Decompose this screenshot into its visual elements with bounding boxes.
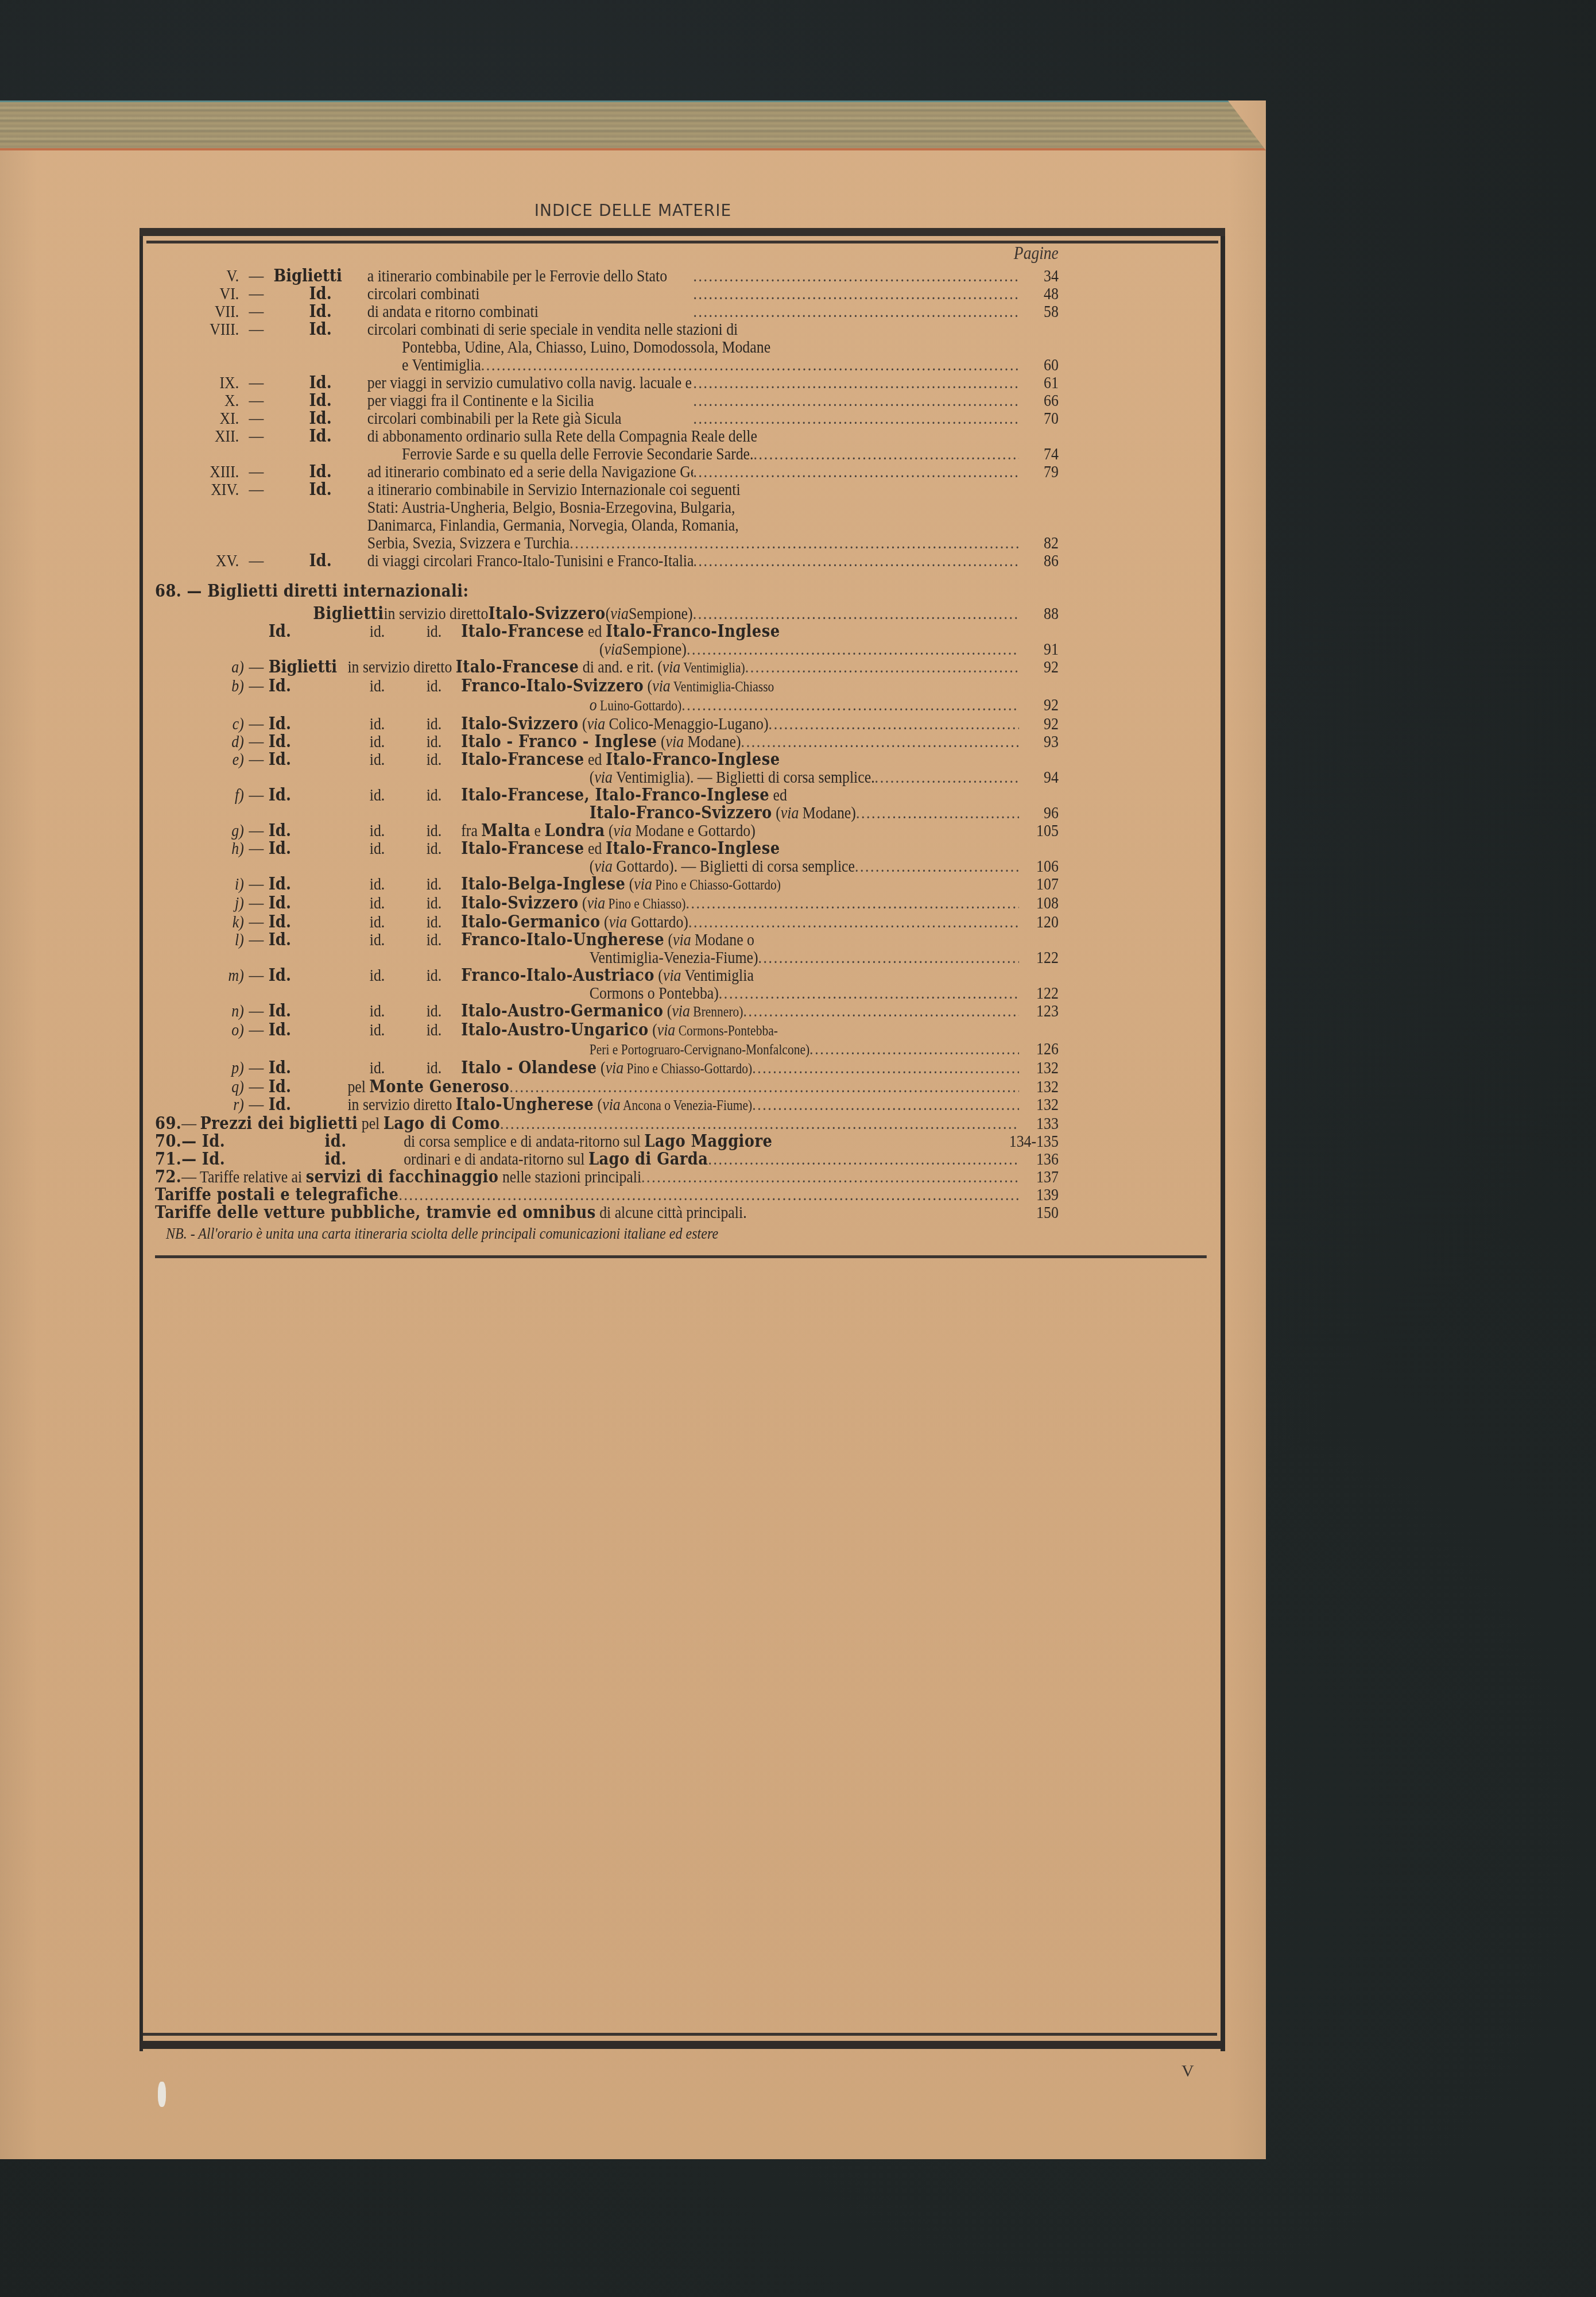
section-number: 69. bbox=[155, 1115, 181, 1132]
text-run: ( bbox=[664, 930, 673, 949]
dash: — bbox=[244, 1059, 269, 1077]
description-text: circolari combinati di serie speciale in… bbox=[367, 320, 738, 338]
entry-description: in servizio diretto Italo-Ungherese (via… bbox=[347, 1096, 752, 1115]
description-text: per viaggi in servizio cumulativo colla … bbox=[367, 374, 694, 392]
entry-description: Tariffe postali e telegrafiche bbox=[155, 1186, 398, 1204]
page-ref: 79 bbox=[1019, 463, 1059, 481]
dash: — bbox=[244, 894, 269, 912]
text-run: Pino e Chiasso) bbox=[605, 896, 685, 912]
toc-entry: Id.id.id.Italo-Francese ed Italo-Franco-… bbox=[155, 622, 1059, 640]
description-text: circolari combinati bbox=[367, 285, 480, 303]
toc-entry: X.—Id.per viaggi fra il Continente e la … bbox=[155, 392, 1059, 409]
entry-key: Id. bbox=[269, 733, 348, 751]
dash: — bbox=[244, 786, 269, 804]
text-run: Italo - Franco - Inglese bbox=[461, 732, 657, 752]
ditto: id. bbox=[407, 622, 462, 640]
ditto: id. bbox=[347, 1021, 406, 1039]
entry-key: Id. bbox=[273, 427, 367, 445]
dash: — bbox=[244, 875, 269, 893]
dash: — bbox=[244, 1021, 269, 1039]
text-run: Brennero) bbox=[690, 1004, 743, 1020]
description-text: circolari combinabili per la Rete già Si… bbox=[367, 409, 622, 427]
toc-entry: j)—Id.id.id.Italo-Svizzero (via Pino e C… bbox=[155, 894, 1059, 913]
text-run: Ventimiglia bbox=[681, 966, 753, 985]
entry-key: Id. bbox=[269, 1096, 348, 1113]
dash: — bbox=[239, 409, 273, 427]
entry-key: Id. bbox=[269, 786, 348, 804]
roman-numeral: XIV. bbox=[155, 481, 239, 498]
text-run: Italo-Francese bbox=[461, 838, 584, 859]
entry-description: di abbonamento ordinario sulla Rete dell… bbox=[367, 427, 1019, 445]
paper-blemish bbox=[158, 2082, 166, 2107]
entry-description: per viaggi fra il Continente e la Sicili… bbox=[367, 392, 694, 409]
page-ref: 94 bbox=[1019, 768, 1059, 786]
running-head: INDICE DELLE MATERIE bbox=[0, 201, 1266, 220]
toc-entry: i)—Id.id.id.Italo-Belga-Inglese (via Pin… bbox=[155, 875, 1059, 894]
leader-dots: ........................................… bbox=[758, 949, 1019, 966]
text-run: Italo-Franco-Inglese bbox=[606, 749, 780, 769]
item-label: n) bbox=[155, 1002, 244, 1020]
continuation-text: e Ventimiglia bbox=[402, 356, 481, 374]
page-ref: 82 bbox=[1019, 534, 1059, 552]
dash: — bbox=[239, 481, 273, 498]
text-run: Franco-Italo-Austriaco bbox=[461, 965, 654, 985]
leader-dots: ........................................… bbox=[855, 857, 1019, 875]
toc-entry-continuation: e Ventimiglia...........................… bbox=[155, 356, 1059, 374]
entry-key: Id. bbox=[273, 303, 367, 320]
text-run: ( bbox=[772, 803, 781, 822]
roman-numeral: VI. bbox=[155, 285, 239, 303]
toc-entry-continuation: Ferrovie Sarde e su quella delle Ferrovi… bbox=[155, 445, 1059, 463]
continuation-text: Pontebba, Udine, Ala, Chiasso, Luino, Do… bbox=[402, 338, 1019, 356]
ditto: id. bbox=[407, 1059, 462, 1077]
item-label: f) bbox=[155, 786, 244, 804]
text-run: via bbox=[594, 768, 613, 787]
page-ref: 134-135 bbox=[994, 1132, 1059, 1150]
toc-entry: q)—Id.pel Monte Generoso................… bbox=[155, 1078, 1059, 1096]
section-number: 70. bbox=[155, 1132, 181, 1150]
text-run: Ventimiglia) bbox=[680, 660, 745, 676]
toc-entry: XII.—Id.di abbonamento ordinario sulla R… bbox=[155, 427, 1059, 445]
leader-dots: ........................................… bbox=[693, 374, 1019, 392]
continuation-text: Danimarca, Finlandia, Germania, Norvegia… bbox=[367, 516, 1019, 534]
entry-key: Id. bbox=[269, 715, 348, 733]
toc-entry: a)—Bigliettiin servizio diretto Italo-Fr… bbox=[155, 658, 1059, 677]
leader-dots: ........................................… bbox=[641, 1168, 1019, 1186]
toc-entry-continuation: Stati: Austria-Ungheria, Belgio, Bosnia-… bbox=[155, 498, 1059, 516]
toc-entry: XIII.—Id.ad itinerario combinato ed a se… bbox=[155, 463, 1059, 481]
ditto: id. bbox=[407, 875, 462, 893]
toc-entry: Biglietti in servizio diretto Italo-Sviz… bbox=[155, 605, 1059, 622]
text-run: Ventimiglia). — Biglietti di corsa sempl… bbox=[613, 768, 875, 787]
page-ref: 58 bbox=[1019, 303, 1059, 320]
page-ref: 150 bbox=[1019, 1204, 1059, 1221]
ditto: id. bbox=[347, 677, 406, 695]
text-run: via bbox=[657, 1020, 676, 1039]
entry-key: Id. bbox=[269, 751, 348, 768]
section-heading: 68. — Biglietti diretti internazionali: bbox=[155, 582, 1059, 600]
entry-description: Tariffe delle vetture pubbliche, tramvie… bbox=[155, 1204, 747, 1221]
leader-dots: ........................................… bbox=[809, 1040, 1019, 1058]
ditto: id. bbox=[347, 751, 406, 768]
text-run: Franco-Italo-Svizzero bbox=[461, 676, 644, 696]
ditto: id. bbox=[407, 677, 462, 695]
dash: — bbox=[244, 751, 269, 768]
toc-entry: m)—Id.id.id.Franco-Italo-Austriaco (via … bbox=[155, 966, 1059, 984]
text-run: fra bbox=[461, 821, 481, 840]
continuation-text: Peri e Portogruaro-Cervignano-Monfalcone… bbox=[590, 1040, 809, 1059]
ditto: id. bbox=[407, 715, 462, 733]
entry-description: Franco-Italo-Svizzero (via Ventimiglia-C… bbox=[461, 677, 774, 696]
roman-numeral: XII. bbox=[155, 427, 239, 445]
text-run: Ancona o Venezia-Fiume) bbox=[621, 1098, 752, 1113]
ditto: id. bbox=[347, 822, 406, 840]
text-run: Italo-Austro-Ungarico bbox=[461, 1020, 649, 1040]
text-run: Italo-Francese bbox=[456, 657, 579, 677]
text-run: Sempione) bbox=[622, 640, 687, 658]
ditto: id. bbox=[347, 894, 406, 912]
item-label: i) bbox=[155, 875, 244, 893]
text-run: Sempione) bbox=[629, 605, 693, 622]
toc-entry: V.—Bigliettia itinerario combinabile per… bbox=[155, 267, 1059, 285]
continuation-text: Italo-Franco-Svizzero (via Modane) bbox=[590, 804, 856, 822]
item-label: g) bbox=[155, 822, 244, 840]
thin-rule bbox=[143, 2033, 1217, 2036]
entry-description: circolari combinati di serie speciale in… bbox=[367, 320, 1019, 338]
content-end-rule bbox=[155, 1255, 1207, 1258]
leader-dots: ........................................… bbox=[687, 640, 1019, 658]
description-text: a itinerario combinabile in Servizio Int… bbox=[367, 481, 741, 498]
entry-description: Franco-Italo-Ungherese (via Modane o bbox=[461, 931, 754, 949]
text-run: via bbox=[652, 676, 671, 695]
entry-description: circolari combinati bbox=[367, 285, 694, 303]
description-text: a itinerario combinabile per le Ferrovie… bbox=[367, 267, 667, 285]
text-run: Italo-Franco-Svizzero bbox=[590, 803, 772, 823]
page-ref: 66 bbox=[1019, 392, 1059, 409]
leader-dots: ........................................… bbox=[693, 303, 1019, 320]
toc-entry-continuation: (via Ventimiglia). — Biglietti di corsa … bbox=[155, 768, 1059, 786]
text-run: Italo-Francese bbox=[461, 622, 584, 640]
toc-entry: XV.—Id.di viaggi circolari Franco-Italo-… bbox=[155, 552, 1059, 570]
frame-bottom-rule bbox=[140, 2033, 1222, 2051]
text-run: di alcune città principali. bbox=[596, 1203, 747, 1222]
text-run: Gottardo) bbox=[627, 912, 688, 931]
toc-entry: 70. — Id.id.di corsa semplice e di andat… bbox=[155, 1132, 1059, 1150]
continuation-text: Ventimiglia-Venezia-Fiume) bbox=[590, 949, 758, 966]
text-run: ( bbox=[601, 912, 609, 931]
page-ref: 96 bbox=[1019, 804, 1059, 822]
leader-dots: ........................................… bbox=[693, 267, 1019, 285]
text-run: pel bbox=[358, 1114, 383, 1133]
ditto: id. bbox=[407, 786, 462, 804]
dash: — bbox=[244, 931, 269, 949]
entry-key: Id. bbox=[269, 677, 348, 695]
roman-numeral: XI. bbox=[155, 409, 239, 427]
leader-dots: ........................................… bbox=[688, 913, 1019, 931]
toc-entry: 72. — Tariffe relative ai servizi di fac… bbox=[155, 1168, 1059, 1186]
ditto: id. bbox=[347, 786, 406, 804]
page-ref: 93 bbox=[1019, 733, 1059, 751]
page-ref: 91 bbox=[1019, 640, 1059, 658]
item-label: o) bbox=[155, 1021, 244, 1039]
text-run: via bbox=[663, 966, 681, 985]
toc-entry: IX.—Id.per viaggi in servizio cumulativo… bbox=[155, 374, 1059, 392]
pages-column-header: Pagine bbox=[155, 244, 1059, 267]
text-run: Colico-Menaggio-Lugano) bbox=[605, 714, 768, 733]
toc-entry-continuation: Ventimiglia-Venezia-Fiume)..............… bbox=[155, 949, 1059, 966]
leader-dots: ........................................… bbox=[875, 768, 1019, 786]
continuation-text: o Luino-Gottardo) bbox=[590, 696, 681, 715]
description-text: di abbonamento ordinario sulla Rete dell… bbox=[367, 427, 757, 445]
text-run: Pino e Chiasso-Gottardo) bbox=[652, 877, 781, 893]
entry-description: di viaggi circolari Franco-Italo-Tunisin… bbox=[367, 552, 694, 570]
toc-entry-continuation: (via Sempione)..........................… bbox=[155, 640, 1059, 658]
text-run: nelle stazioni principali bbox=[498, 1167, 641, 1186]
ditto: id. bbox=[347, 715, 406, 733]
ditto: id. bbox=[347, 1002, 406, 1020]
dash: — bbox=[244, 1078, 269, 1096]
text-run: Italo-Ungherese bbox=[456, 1095, 594, 1115]
dash: — bbox=[244, 913, 269, 931]
text-run: servizi di facchinaggio bbox=[306, 1167, 499, 1187]
roman-numeral: VIII. bbox=[155, 320, 239, 338]
text-run: Luino-Gottardo) bbox=[597, 698, 681, 714]
leader-dots: ........................................… bbox=[693, 392, 1019, 409]
ditto: id. bbox=[347, 966, 406, 984]
ditto: id. bbox=[407, 894, 462, 912]
table-of-contents: Pagine V.—Bigliettia itinerario combinab… bbox=[155, 244, 1059, 1258]
text-run: ed bbox=[584, 839, 606, 858]
ditto: id. bbox=[347, 733, 406, 751]
entry-description: in servizio diretto Italo-Francese di an… bbox=[347, 658, 745, 677]
roman-numeral: IX. bbox=[155, 374, 239, 392]
page-ref: 74 bbox=[1019, 445, 1059, 463]
ditto: id. bbox=[407, 966, 462, 984]
toc-entry-continuation: Cormons o Pontebba).....................… bbox=[155, 984, 1059, 1002]
text-run: ( bbox=[605, 821, 614, 840]
toc-entry: b)—Id.id.id.Franco-Italo-Svizzero (via V… bbox=[155, 677, 1059, 696]
leader-dots: ........................................… bbox=[719, 984, 1019, 1002]
page-ref: 92 bbox=[1019, 696, 1059, 714]
text-run: via bbox=[614, 821, 632, 840]
entry-key: Id. bbox=[273, 552, 367, 570]
dash: — bbox=[244, 822, 269, 840]
entry-description: a itinerario combinabile in Servizio Int… bbox=[367, 481, 1019, 498]
tail-entries: 69. — Prezzi dei biglietti pel Lago di C… bbox=[155, 1115, 1059, 1221]
text-run: Italo-Svizzero bbox=[461, 714, 578, 734]
text-run: via bbox=[605, 640, 623, 658]
leader-dots: ........................................… bbox=[745, 658, 1019, 676]
ditto: id. bbox=[407, 822, 462, 840]
dash: — bbox=[239, 303, 273, 320]
entry-key: Id. bbox=[273, 463, 367, 481]
page-ref: 60 bbox=[1019, 356, 1059, 374]
entry-description: Italo-Svizzero (via Pino e Chiasso) bbox=[461, 894, 685, 913]
leader-dots: ........................................… bbox=[693, 605, 1019, 622]
text-run: ed bbox=[769, 786, 787, 805]
toc-entry: o)—Id.id.id.Italo-Austro-Ungarico (via C… bbox=[155, 1021, 1059, 1040]
text-run: via bbox=[609, 912, 627, 931]
text-run: Tariffe delle vetture pubbliche, tramvie… bbox=[155, 1202, 596, 1223]
text-run: Italo-Svizzero bbox=[461, 893, 578, 913]
leader-dots: ........................................… bbox=[398, 1186, 1019, 1204]
text-run: Modane) bbox=[684, 732, 741, 751]
toc-entry: c)—Id.id.id.Italo-Svizzero (via Colico-M… bbox=[155, 715, 1059, 733]
entry-key: Biglietti bbox=[313, 605, 383, 622]
ditto: id. bbox=[347, 622, 406, 640]
text-run: via bbox=[634, 875, 652, 894]
entry-description: fra Malta e Londra (via Modane e Gottard… bbox=[461, 822, 756, 840]
ditto: id. bbox=[325, 1150, 404, 1168]
text-run: Tariffe postali e telegrafiche bbox=[155, 1185, 398, 1205]
roman-numeral: X. bbox=[155, 392, 239, 409]
description-text: per viaggi fra il Continente e la Sicili… bbox=[367, 392, 594, 409]
toc-entry-continuation: Peri e Portogruaro-Cervignano-Monfalcone… bbox=[155, 1040, 1059, 1059]
ditto: id. bbox=[407, 840, 462, 857]
entry-key: Id. bbox=[273, 409, 367, 427]
text-run: Monte Generoso bbox=[369, 1077, 509, 1097]
page-ref: 137 bbox=[1019, 1168, 1059, 1186]
text-run: Gottardo). — Biglietti di corsa semplice bbox=[613, 857, 855, 876]
leader-dots: ........................................… bbox=[752, 1096, 1019, 1113]
page-ref: 108 bbox=[1019, 894, 1059, 912]
ditto: id. bbox=[407, 751, 462, 768]
leader-dots: ........................................… bbox=[754, 445, 1019, 463]
text-run: Italo-Francese, Italo-Franco-Inglese bbox=[461, 785, 769, 805]
ditto: id. bbox=[407, 1002, 462, 1020]
toc-entry-continuation: (via Gottardo). — Biglietti di corsa sem… bbox=[155, 857, 1059, 875]
text-run: Modane) bbox=[799, 803, 856, 822]
entry-description: Italo-Francese, Italo-Franco-Inglese ed bbox=[461, 786, 787, 804]
continuation-text: Serbia, Svezia, Svizzera e Turchia bbox=[367, 534, 570, 552]
dash: — bbox=[244, 840, 269, 857]
roman-numeral: V. bbox=[155, 267, 239, 285]
entry-description: Italo-Francese ed Italo-Franco-Inglese bbox=[461, 751, 780, 768]
text-run: via bbox=[663, 658, 681, 676]
entry-key: Id. bbox=[269, 822, 348, 840]
dash: — bbox=[244, 1096, 269, 1113]
text-run: Malta bbox=[481, 821, 530, 841]
item-label: a) bbox=[155, 658, 244, 676]
entry-description: di corsa semplice e di andata-ritorno su… bbox=[404, 1132, 772, 1150]
dash: — bbox=[239, 267, 273, 285]
section-number: 71. bbox=[155, 1150, 181, 1168]
ditto: id. bbox=[407, 913, 462, 931]
entry-description: — Prezzi dei biglietti pel Lago di Como bbox=[181, 1115, 500, 1132]
dash: — bbox=[244, 658, 269, 676]
toc-entry-continuation: o Luino-Gottardo).......................… bbox=[155, 696, 1059, 715]
item-label: k) bbox=[155, 913, 244, 931]
entry-key: Id. bbox=[269, 931, 348, 949]
item-label: l) bbox=[155, 931, 244, 949]
page-ref: 48 bbox=[1019, 285, 1059, 303]
section-67-list: V.—Bigliettia itinerario combinabile per… bbox=[155, 267, 1059, 570]
dash: — bbox=[239, 285, 273, 303]
text-run: ( bbox=[649, 1020, 657, 1039]
toc-entry: VI.—Id.circolari combinati..............… bbox=[155, 285, 1059, 303]
item-label: p) bbox=[155, 1059, 244, 1077]
text-run: Italo-Belga-Inglese bbox=[461, 874, 625, 894]
item-label: m) bbox=[155, 966, 244, 984]
text-run: — bbox=[181, 1114, 200, 1133]
page-ref: 105 bbox=[1019, 822, 1059, 840]
leader-dots: ........................................… bbox=[693, 409, 1019, 427]
leader-dots: ........................................… bbox=[481, 356, 1019, 374]
entry-key: Biglietti bbox=[273, 267, 367, 285]
text-run: Ventimiglia-Venezia-Fiume) bbox=[590, 948, 758, 967]
entry-key: — Id. bbox=[181, 1132, 324, 1150]
dash: — bbox=[239, 392, 273, 409]
entry-key: Id. bbox=[269, 1078, 348, 1096]
continuation-text: Stati: Austria-Ungheria, Belgio, Bosnia-… bbox=[367, 498, 1019, 516]
description-text: ad itinerario combinato ed a serie della… bbox=[367, 463, 694, 481]
roman-numeral: XIII. bbox=[155, 463, 239, 481]
item-label: e) bbox=[155, 751, 244, 768]
entry-description: — Tariffe relative ai servizi di facchin… bbox=[181, 1168, 641, 1186]
ditto: id. bbox=[407, 931, 462, 949]
item-label: d) bbox=[155, 733, 244, 751]
text-run: ( bbox=[644, 676, 652, 695]
leader-dots: ........................................… bbox=[708, 1150, 1019, 1168]
text-run: Lago di Garda bbox=[588, 1149, 708, 1169]
text-run: via bbox=[587, 894, 606, 912]
leader-dots: ........................................… bbox=[752, 1059, 1019, 1077]
text-run: Pino e Chiasso-Gottardo) bbox=[623, 1061, 752, 1077]
toc-entry: g)—Id.id.id.fra Malta e Londra (via Moda… bbox=[155, 822, 1059, 840]
dash: — bbox=[239, 320, 273, 338]
entry-description: Italo-Svizzero (via Colico-Menaggio-Luga… bbox=[461, 715, 768, 733]
description-text: di andata e ritorno combinati bbox=[367, 303, 539, 320]
text-run: di and. e rit. ( bbox=[579, 658, 662, 676]
text-run: Cormons o Pontebba) bbox=[590, 984, 719, 1003]
page-ref: 92 bbox=[1019, 658, 1059, 676]
entry-key: Id. bbox=[273, 374, 367, 392]
continuation-text: (via Ventimiglia). — Biglietti di corsa … bbox=[590, 768, 875, 786]
entry-description: ordinari e di andata-ritorno sul Lago di… bbox=[404, 1150, 708, 1168]
text-run: ordinari e di andata-ritorno sul bbox=[404, 1150, 588, 1169]
nota-bene: NB. - All'orario è unita una carta itine… bbox=[155, 1225, 1059, 1243]
page-ref: 132 bbox=[1019, 1096, 1059, 1113]
text-run: di corsa semplice e di andata-ritorno su… bbox=[404, 1132, 644, 1151]
toc-entry: l)—Id.id.id.Franco-Italo-Ungherese (via … bbox=[155, 931, 1059, 949]
toc-entry: f)—Id.id.id.Italo-Francese, Italo-Franco… bbox=[155, 786, 1059, 804]
item-label: h) bbox=[155, 840, 244, 857]
text-run: Italo-Franco-Inglese bbox=[606, 622, 780, 640]
entry-description: circolari combinabili per la Rete già Si… bbox=[367, 409, 694, 427]
page-ref: 106 bbox=[1019, 857, 1059, 875]
page-ref: 122 bbox=[1019, 984, 1059, 1002]
leader-dots: ........................................… bbox=[693, 552, 1019, 570]
text-run: Modane e Gottardo) bbox=[632, 821, 756, 840]
toc-entry: e)—Id.id.id.Italo-Francese ed Italo-Fran… bbox=[155, 751, 1059, 768]
page-ref: 136 bbox=[1019, 1150, 1059, 1168]
text-run: ( bbox=[597, 1058, 606, 1077]
entry-key: Id. bbox=[269, 913, 348, 931]
page-ref: 133 bbox=[1019, 1115, 1059, 1132]
page-ref: 92 bbox=[1019, 715, 1059, 733]
entry-description: Italo - Olandese (via Pino e Chiasso-Got… bbox=[461, 1059, 752, 1078]
ditto: id. bbox=[325, 1132, 404, 1150]
page-edges bbox=[0, 100, 1266, 150]
text-run: Lago di Como bbox=[383, 1113, 500, 1134]
description-text: di viaggi circolari Franco-Italo-Tunisin… bbox=[367, 552, 694, 570]
text-run: Franco-Italo-Ungherese bbox=[461, 930, 664, 950]
page-ref: 123 bbox=[1019, 1002, 1059, 1020]
page-ref: 120 bbox=[1019, 913, 1059, 931]
ditto: id. bbox=[347, 875, 406, 893]
page-ref: 107 bbox=[1019, 875, 1059, 893]
leader-dots: ........................................… bbox=[681, 696, 1019, 714]
